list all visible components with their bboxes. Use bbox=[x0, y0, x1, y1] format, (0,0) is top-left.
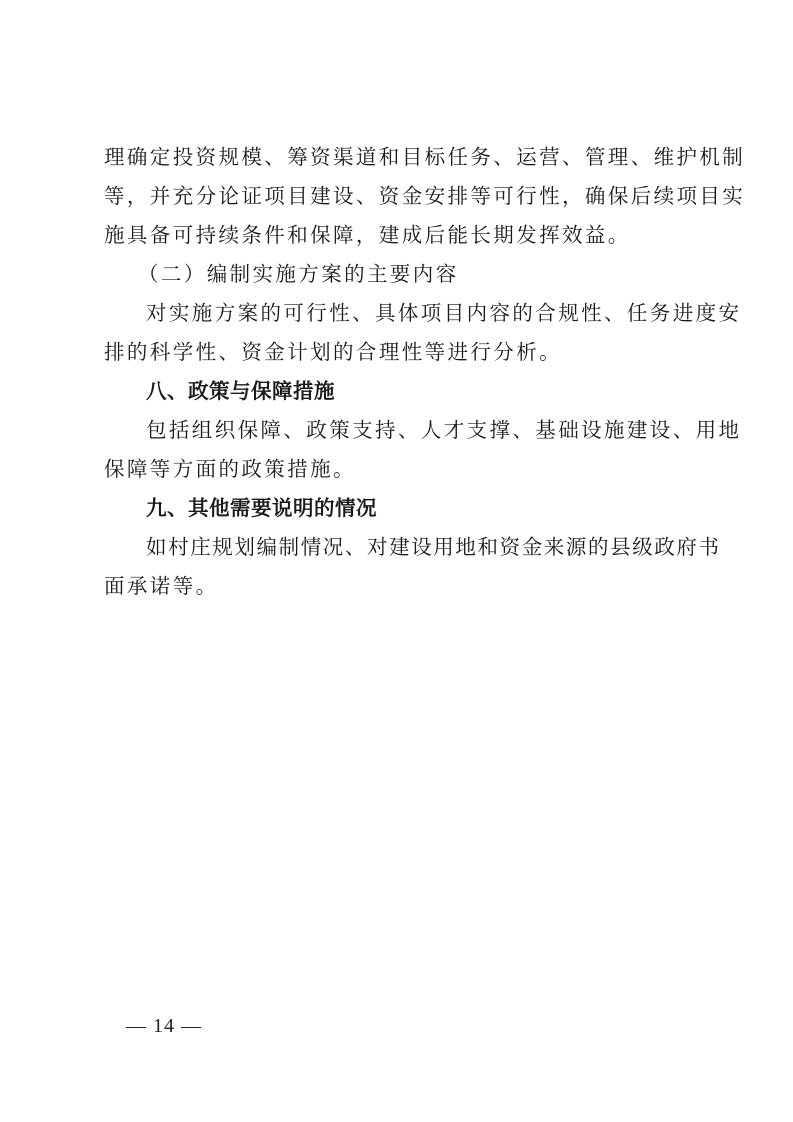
paragraph-line: 保障等方面的政策措施。 bbox=[104, 452, 694, 482]
paragraph-line: 施具备可持续条件和保障，建成后能长期发挥效益。 bbox=[104, 218, 694, 248]
paragraph-line: 如村庄规划编制情况、对建设用地和资金来源的县级政府书 bbox=[146, 530, 736, 560]
document-page: 理确定投资规模、筹资渠道和目标任务、运营、管理、维护机制 等，并充分论证项目建设… bbox=[0, 0, 793, 1122]
section-heading: 八、政策与保障措施 bbox=[146, 374, 736, 404]
paragraph-line: 理确定投资规模、筹资渠道和目标任务、运营、管理、维护机制 bbox=[104, 140, 694, 170]
page-number: — 14 — bbox=[126, 1015, 202, 1038]
paragraph-line: 面承诺等。 bbox=[104, 569, 694, 599]
paragraph-line: 等，并充分论证项目建设、资金安排等可行性，确保后续项目实 bbox=[104, 179, 694, 209]
paragraph-line: 排的科学性、资金计划的合理性等进行分析。 bbox=[104, 335, 694, 365]
section-heading: 九、其他需要说明的情况 bbox=[146, 491, 736, 521]
paragraph-line: 对实施方案的可行性、具体项目内容的合规性、任务进度安 bbox=[146, 296, 736, 326]
subsection-heading: （二）编制实施方案的主要内容 bbox=[138, 257, 728, 287]
paragraph-line: 包括组织保障、政策支持、人才支撑、基础设施建设、用地 bbox=[146, 413, 736, 443]
